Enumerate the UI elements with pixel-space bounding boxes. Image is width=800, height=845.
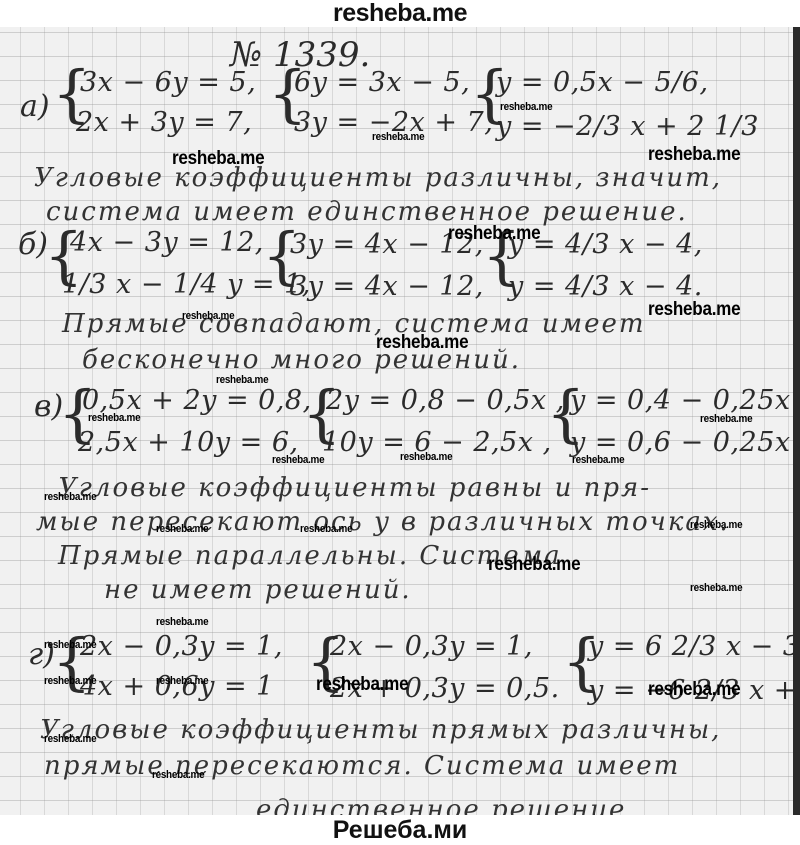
watermark: resheba.me xyxy=(690,582,742,594)
part-a-label: а) xyxy=(20,89,50,124)
watermark: resheba.me xyxy=(648,299,740,321)
part-v-sys1-eq2: 2,5x + 10y = 6, xyxy=(78,427,299,458)
part-g-conclusion-line3: единственное решение. xyxy=(256,795,637,815)
watermark: resheba.me xyxy=(44,675,96,687)
part-b-sys3-eq2: y = 4/3 x − 4. xyxy=(508,271,703,302)
watermark: resheba.me xyxy=(500,101,552,113)
watermark: resheba.me xyxy=(172,148,264,170)
watermark: resheba.me xyxy=(44,639,96,651)
part-v-conclusion-line2: мые пересекают ось y в различных точках. xyxy=(36,507,730,537)
watermark: resheba.me xyxy=(216,374,268,386)
part-g-sys3-eq1: y = 6 2/3 x − 3 1/3 . xyxy=(588,631,800,662)
watermark: resheba.me xyxy=(156,675,208,687)
watermark: resheba.me xyxy=(272,454,324,466)
watermark: resheba.me xyxy=(648,679,740,701)
part-v-sys3-eq1: y = 0,4 − 0,25x , xyxy=(570,385,800,416)
watermark: resheba.me xyxy=(152,769,204,781)
photo-edge-shadow xyxy=(793,27,800,815)
notebook-photo: № 1339. а) { 3x − 6y = 5, 2x + 3y = 7, {… xyxy=(0,27,800,815)
watermark: resheba.me xyxy=(488,554,580,576)
site-footer: Решеба.ми xyxy=(0,815,800,845)
part-g-conclusion-line2: прямые пересекаются. Система имеет xyxy=(44,751,680,781)
part-a-sys3-eq1: y = 0,5x − 5/6, xyxy=(496,67,709,98)
part-b-sys1-eq1: 4x − 3y = 12, xyxy=(70,227,264,258)
watermark: resheba.me xyxy=(182,310,234,322)
part-v-conclusion-line4: не имеет решений. xyxy=(104,575,412,605)
part-a-conclusion-line2: система имеет единственное решение. xyxy=(46,197,688,227)
part-v-conclusion-line3: Прямые параллельны. Система xyxy=(58,541,562,571)
site-name[interactable]: resheba.me xyxy=(333,0,467,27)
watermark: resheba.me xyxy=(448,223,540,245)
watermark: resheba.me xyxy=(156,616,208,628)
watermark: resheba.me xyxy=(156,523,208,535)
part-a-conclusion-line1: Угловые коэффициенты различны, значит, xyxy=(34,163,722,193)
watermark: resheba.me xyxy=(400,451,452,463)
watermark: resheba.me xyxy=(700,413,752,425)
watermark: resheba.me xyxy=(648,144,740,166)
part-g-sys1-eq1: 2x − 0,3y = 1, xyxy=(80,631,283,662)
watermark: resheba.me xyxy=(44,491,96,503)
part-a-sys1-eq2: 2x + 3y = 7, xyxy=(76,107,252,138)
watermark: resheba.me xyxy=(88,412,140,424)
part-v-conclusion-line1: Угловые коэффициенты равны и пря- xyxy=(58,473,651,503)
part-a-sys3-eq2: y = −2/3 x + 2 1/3 xyxy=(496,111,759,142)
footer-site-name[interactable]: Решеба.ми xyxy=(333,816,468,844)
watermark: resheba.me xyxy=(690,519,742,531)
part-v-sys2-eq1: 2y = 0,8 − 0,5x , xyxy=(326,385,565,416)
site-header: resheba.me xyxy=(0,0,800,27)
part-g-conclusion-line1: Угловые коэффициенты прямых различны, xyxy=(40,715,721,745)
part-g-sys2-eq1: 2x − 0,3y = 1, xyxy=(330,631,533,662)
part-a-sys2-eq1: 6y = 3x − 5, xyxy=(294,67,470,98)
watermark: resheba.me xyxy=(44,733,96,745)
watermark: resheba.me xyxy=(316,674,408,696)
part-b-sys2-eq2: 3y = 4x − 12, xyxy=(290,271,484,302)
watermark: resheba.me xyxy=(572,454,624,466)
part-a-sys1-eq1: 3x − 6y = 5, xyxy=(80,67,256,98)
watermark: resheba.me xyxy=(372,131,424,143)
watermark: resheba.me xyxy=(376,332,468,354)
part-b-conclusion-line1: Прямые совпадают, система имеет xyxy=(62,309,646,339)
watermark: resheba.me xyxy=(300,523,352,535)
